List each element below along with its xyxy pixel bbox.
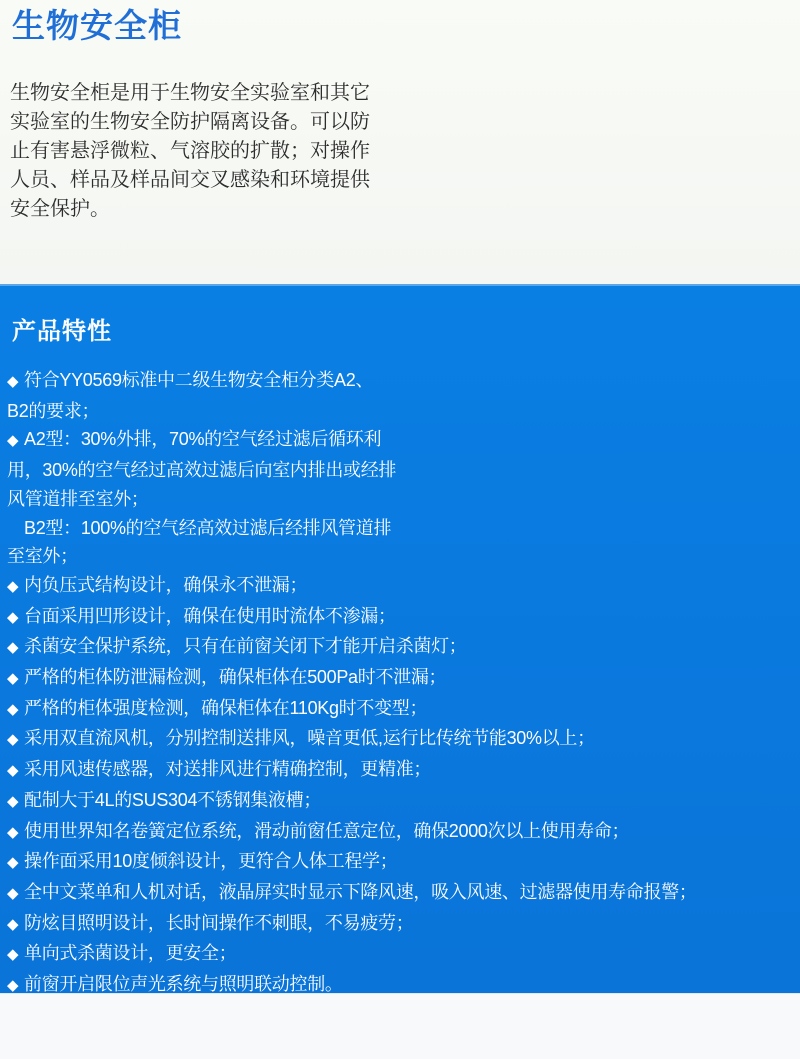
intro-section: 生物安全柜 生物安全柜是用于生物安全实验室和其它 实验室的生物安全防护隔离设备。… — [0, 0, 800, 285]
intro-line: 止有害悬浮微粒、气溶胶的扩散；对操作 — [10, 136, 370, 165]
diamond-bullet-icon: ◆ — [7, 665, 24, 694]
feature-item: ◆操作面采用10度倾斜设计，更符合人体工程学； — [7, 847, 697, 878]
feature-list: ◆符合YY0569标准中二级生物安全柜分类A2、B2的要求；◆A2型：30%外排… — [7, 366, 697, 1001]
diamond-bullet-icon: ◆ — [7, 911, 24, 940]
intro-line: 生物安全柜是用于生物安全实验室和其它 — [10, 78, 370, 107]
feature-text: 前窗开启限位声光系统与照明联动控制。 — [24, 974, 343, 994]
page-title: 生物安全柜 — [12, 4, 182, 48]
feature-item: ◆采用双直流风机，分别控制送排风，噪音更低,运行比传统节能30%以上； — [7, 724, 697, 755]
feature-text: 操作面采用10度倾斜设计，更符合人体工程学； — [24, 851, 397, 871]
feature-text: 风管道排至室外； — [7, 489, 149, 509]
feature-item: ◆台面采用凹形设计，确保在使用时流体不渗漏； — [7, 602, 697, 633]
feature-text: 符合YY0569标准中二级生物安全柜分类A2、 — [24, 370, 373, 390]
diamond-bullet-icon: ◆ — [7, 573, 24, 602]
feature-item: ◆全中文菜单和人机对话，液晶屏实时显示下降风速，吸入风速、过滤器使用寿命报警； — [7, 878, 697, 909]
intro-line: 安全保护。 — [10, 194, 370, 223]
feature-item: 至室外； — [7, 542, 697, 571]
feature-text: 配制大于4L的SUS304不锈钢集液槽； — [24, 790, 321, 810]
feature-text: 至室外； — [7, 546, 78, 566]
feature-text: 严格的柜体防泄漏检测，确保柜体在500Pa时不泄漏； — [24, 667, 446, 687]
feature-text: B2型：100%的空气经高效过滤后经排风管道排 — [24, 518, 391, 538]
feature-text: 采用双直流风机，分别控制送排风，噪音更低,运行比传统节能30%以上； — [24, 728, 595, 748]
diamond-bullet-icon: ◆ — [7, 941, 24, 970]
diamond-bullet-icon: ◆ — [7, 427, 24, 456]
feature-item: ◆采用风速传感器，对送排风进行精确控制，更精准； — [7, 755, 697, 786]
feature-text: 全中文菜单和人机对话，液晶屏实时显示下降风速，吸入风速、过滤器使用寿命报警； — [24, 882, 697, 902]
feature-item: ◆严格的柜体强度检测，确保柜体在110Kg时不变型； — [7, 694, 697, 725]
page-footer-blank — [0, 993, 800, 1059]
intro-line: 人员、样品及样品间交叉感染和环境提供 — [10, 165, 370, 194]
diamond-bullet-icon: ◆ — [7, 696, 24, 725]
feature-text: 杀菌安全保护系统，只有在前窗关闭下才能开启杀菌灯； — [24, 636, 467, 656]
feature-item: ◆杀菌安全保护系统，只有在前窗关闭下才能开启杀菌灯； — [7, 632, 697, 663]
feature-item: ◆防炫目照明设计，长时间操作不刺眼，不易疲劳； — [7, 909, 697, 940]
feature-text: 使用世界知名卷簧定位系统，滑动前窗任意定位，确保2000次以上使用寿命； — [24, 821, 629, 841]
diamond-bullet-icon: ◆ — [7, 757, 24, 786]
diamond-bullet-icon: ◆ — [7, 726, 24, 755]
feature-item: ◆使用世界知名卷簧定位系统，滑动前窗任意定位，确保2000次以上使用寿命； — [7, 817, 697, 848]
diamond-bullet-icon: ◆ — [7, 634, 24, 663]
feature-text: 内负压式结构设计，确保永不泄漏； — [24, 575, 307, 595]
intro-line: 实验室的生物安全防护隔离设备。可以防 — [10, 107, 370, 136]
feature-text: 采用风速传感器，对送排风进行精确控制，更精准； — [24, 759, 431, 779]
feature-item: ◆A2型：30%外排，70%的空气经过滤后循环利 — [7, 425, 697, 456]
feature-item: ◆内负压式结构设计，确保永不泄漏； — [7, 571, 697, 602]
intro-paragraph: 生物安全柜是用于生物安全实验室和其它 实验室的生物安全防护隔离设备。可以防 止有… — [10, 78, 370, 223]
diamond-bullet-icon: ◆ — [7, 604, 24, 633]
feature-item: 用，30%的空气经过高效过滤后向室内排出或经排 — [7, 456, 697, 485]
feature-item: ◆配制大于4L的SUS304不锈钢集液槽； — [7, 786, 697, 817]
diamond-bullet-icon: ◆ — [7, 819, 24, 848]
features-heading: 产品特性 — [12, 314, 112, 348]
feature-item: ◆符合YY0569标准中二级生物安全柜分类A2、 — [7, 366, 697, 397]
feature-text: 单向式杀菌设计，更安全； — [24, 943, 236, 963]
feature-text: 台面采用凹形设计，确保在使用时流体不渗漏； — [24, 606, 396, 626]
diamond-bullet-icon: ◆ — [7, 368, 24, 397]
feature-item: B2型：100%的空气经高效过滤后经排风管道排 — [7, 514, 697, 543]
feature-text: 防炫目照明设计，长时间操作不刺眼，不易疲劳； — [24, 913, 413, 933]
feature-text: B2的要求； — [7, 401, 99, 421]
feature-text: A2型：30%外排，70%的空气经过滤后循环利 — [24, 429, 381, 449]
diamond-bullet-icon: ◆ — [7, 849, 24, 878]
feature-item: ◆单向式杀菌设计，更安全； — [7, 939, 697, 970]
diamond-bullet-icon: ◆ — [7, 788, 24, 817]
feature-text: 用，30%的空气经过高效过滤后向室内排出或经排 — [7, 460, 396, 480]
feature-item: ◆严格的柜体防泄漏检测，确保柜体在500Pa时不泄漏； — [7, 663, 697, 694]
features-section: 产品特性 ◆符合YY0569标准中二级生物安全柜分类A2、B2的要求；◆A2型：… — [0, 286, 800, 993]
feature-text: 严格的柜体强度检测，确保柜体在110Kg时不变型； — [24, 698, 427, 718]
feature-item: B2的要求； — [7, 397, 697, 426]
diamond-bullet-icon: ◆ — [7, 880, 24, 909]
feature-item: 风管道排至室外； — [7, 485, 697, 514]
